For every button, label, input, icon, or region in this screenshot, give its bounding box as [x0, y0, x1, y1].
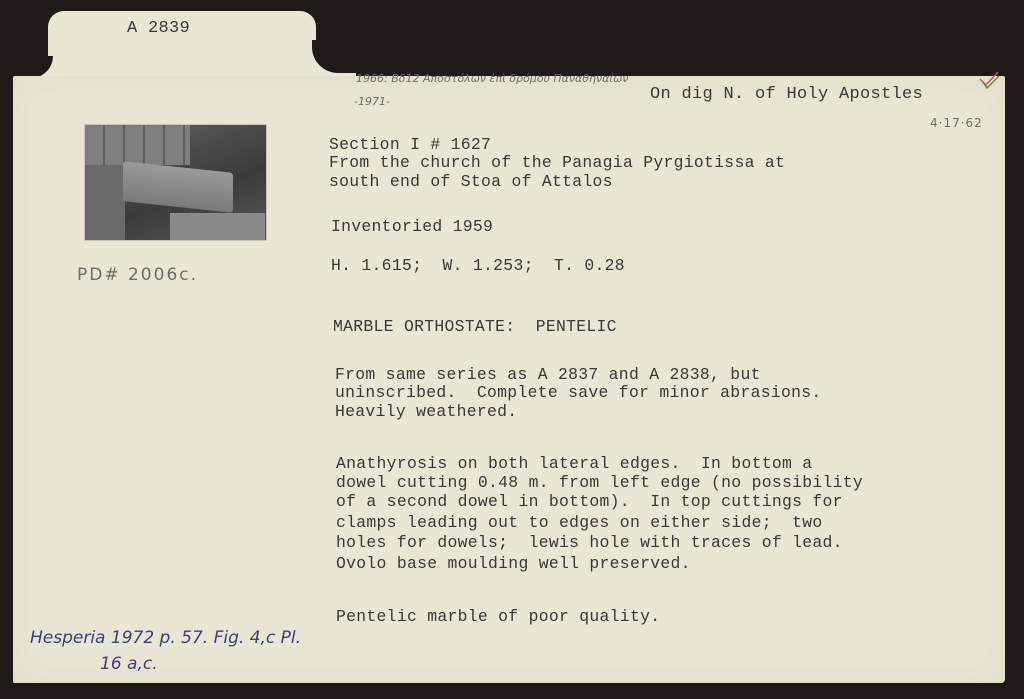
dimensions: H. 1.615; W. 1.253; T. 0.28	[331, 257, 625, 275]
section-number: Section I # 1627	[329, 136, 491, 154]
description-2-line-6: Ovolo base moulding well preserved.	[336, 555, 691, 573]
description-2-line-3: of a second dowel in bottom). In top cut…	[336, 493, 843, 511]
greek-location-note: 1966: Bδ12 Αποστόλων ἐπὶ δρόμου Παναθηνα…	[356, 72, 628, 85]
description-2-line-5: holes for dowels; lewis hole with traces…	[336, 534, 843, 552]
photo-shadow	[85, 165, 125, 240]
year-note: -1971-	[354, 95, 390, 108]
inventory-number: A 2839	[127, 20, 190, 38]
provenance-line-2: south end of Stoa of Attalos	[329, 173, 613, 191]
material-note: Pentelic marble of poor quality.	[336, 608, 660, 626]
description-2-line-4: clamps leading out to edges on either si…	[336, 514, 823, 532]
description-1-line-2: uninscribed. Complete save for minor abr…	[335, 384, 822, 402]
provenance-line-1: From the church of the Panagia Pyrgiotis…	[329, 154, 785, 172]
date-note: 4·17·62	[930, 116, 983, 130]
description-1-line-3: Heavily weathered.	[335, 403, 517, 421]
object-title: MARBLE ORTHOSTATE: PENTELIC	[333, 318, 617, 336]
description-2-line-1: Anathyrosis on both lateral edges. In bo…	[336, 455, 812, 473]
photo-slab	[123, 161, 233, 213]
card-tab-shoulder-right	[312, 40, 356, 80]
photo-stones	[85, 125, 190, 165]
description-1-line-1: From same series as A 2837 and A 2838, b…	[335, 366, 761, 384]
bibliography-line-1: Hesperia 1972 p. 57. Fig. 4,c Pl.	[30, 628, 301, 648]
bibliography-line-2: 16 a,c.	[100, 654, 158, 674]
artifact-photo	[84, 124, 267, 241]
inventoried-year: Inventoried 1959	[331, 218, 493, 236]
description-2-line-2: dowel cutting 0.48 m. from left edge (no…	[336, 474, 863, 492]
photo-negative-number: PD# 2006c.	[77, 265, 198, 285]
check-mark-icon	[978, 70, 1000, 90]
photo-slab-lower	[170, 213, 265, 240]
find-location: On dig N. of Holy Apostles	[650, 86, 923, 104]
